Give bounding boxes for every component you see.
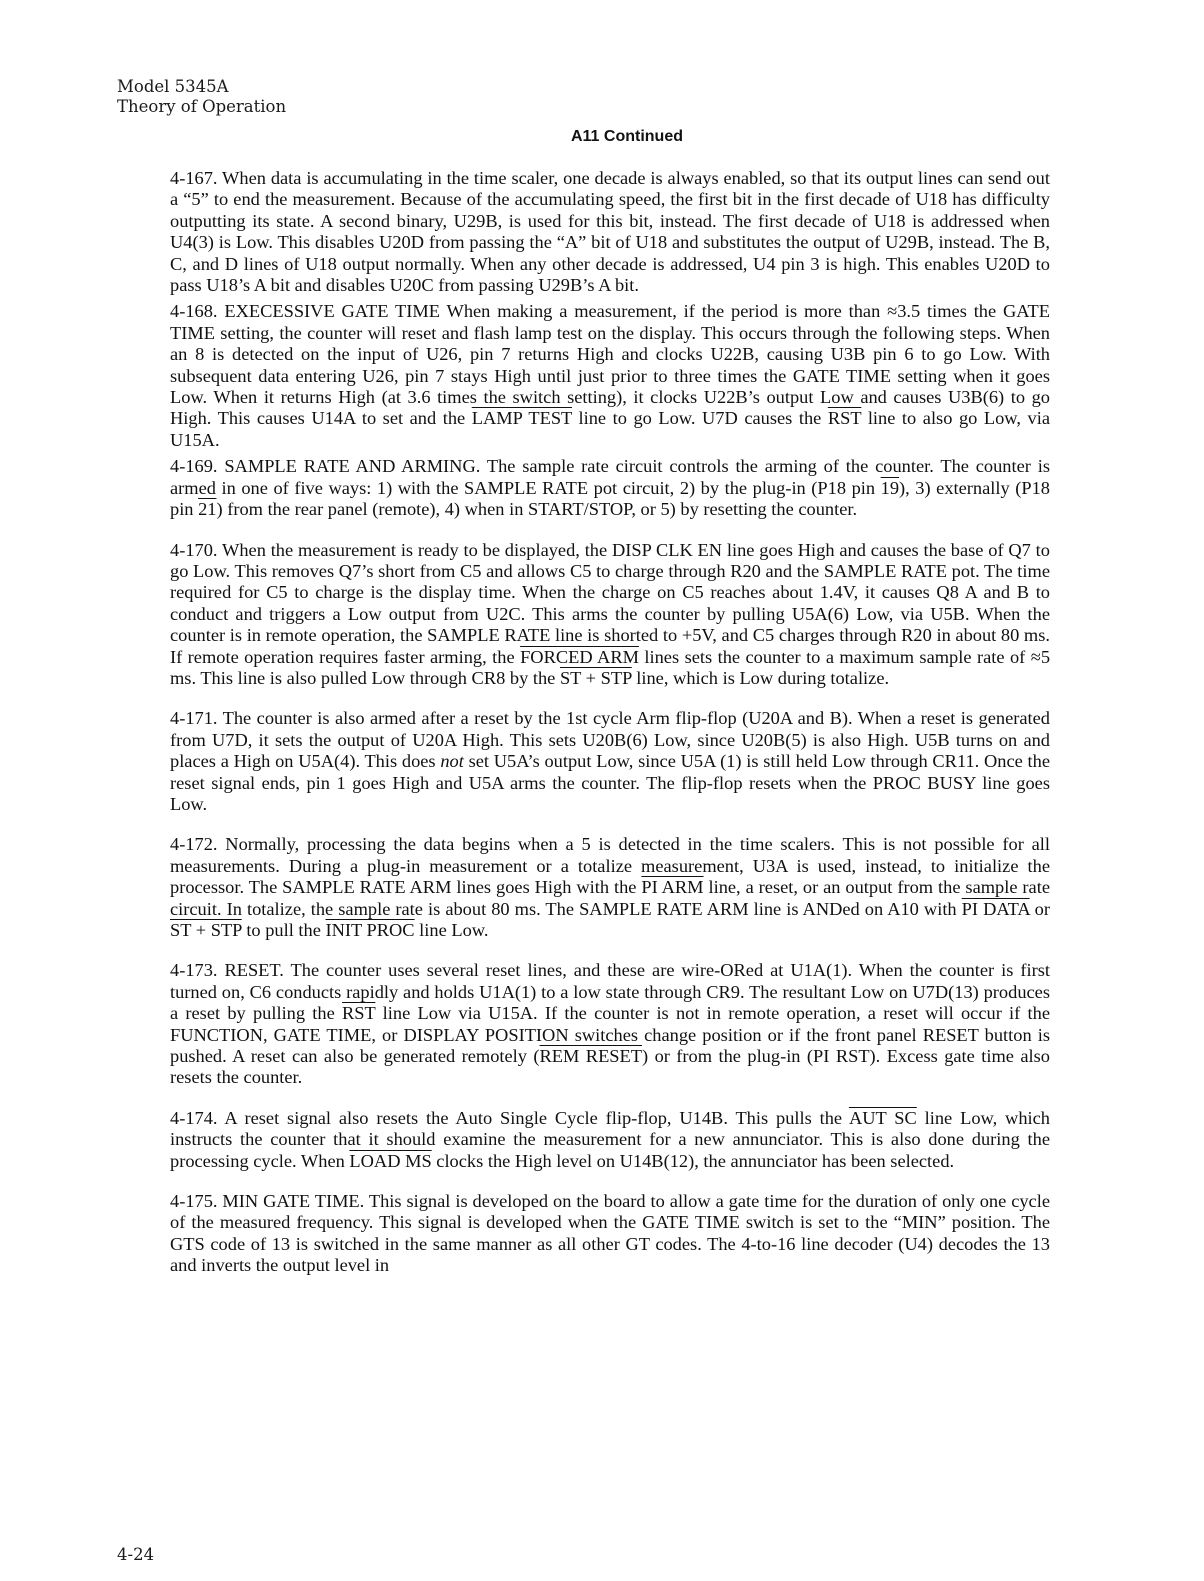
paragraph-text: 4-175. MIN GATE TIME. This signal is dev… (170, 1191, 1050, 1275)
paragraph-text: to pull the (242, 920, 326, 940)
signal-name: LAMP TEST (472, 408, 572, 428)
signal-name: PI DATA (962, 899, 1030, 919)
signal-name: 21 (198, 499, 216, 519)
signal-name: 19 (881, 478, 899, 498)
paragraph-4-175: 4-175. MIN GATE TIME. This signal is dev… (170, 1191, 1050, 1277)
paragraph-text: clocks the High level on U14B(12), the a… (432, 1151, 954, 1171)
paragraph-4-169: 4-169. SAMPLE RATE AND ARMING. The sampl… (170, 456, 1050, 520)
paragraph-4-174: 4-174. A reset signal also resets the Au… (170, 1108, 1050, 1172)
section-title: A11 Continued (0, 128, 683, 146)
paragraph-text: line Low. (415, 920, 489, 940)
emphasis: not (440, 751, 464, 771)
signal-name: FORCED ARM (520, 647, 639, 667)
paragraph-text: line, which is Low during totalize. (632, 668, 889, 688)
paragraph-4-171: 4-171. The counter is also armed after a… (170, 708, 1050, 815)
paragraph-4-173: 4-173. RESET. The counter uses several r… (170, 960, 1050, 1088)
paragraph-text: 4-167. When data is accumulating in the … (170, 168, 1050, 295)
document-body: 4-167. When data is accumulating in the … (170, 168, 1050, 1277)
signal-name: LOAD MS (349, 1151, 431, 1171)
paragraph-4-167: 4-167. When data is accumulating in the … (170, 168, 1050, 296)
signal-name: ST + STP (170, 920, 242, 940)
signal-name: PI ARM (641, 877, 703, 897)
signal-name: ST + STP (560, 668, 632, 688)
signal-name: RST (828, 408, 861, 428)
paragraph-text: ) from the rear panel (remote), 4) when … (217, 499, 858, 519)
signal-name: INIT PROC (326, 920, 415, 940)
paragraph-4-172: 4-172. Normally, processing the data beg… (170, 834, 1050, 941)
paragraph-text: 4-174. A reset signal also resets the Au… (170, 1108, 849, 1128)
signal-name: REM RESET (540, 1046, 642, 1066)
page-number: 4-24 (117, 1545, 154, 1564)
paragraph-text: line to go Low. U7D causes the (572, 408, 828, 428)
document-model: Model 5345A (117, 76, 229, 97)
document-section: Theory of Operation (117, 96, 286, 117)
signal-name: AUT SC (849, 1108, 917, 1128)
signal-name: RST (342, 1003, 375, 1023)
paragraph-4-168: 4-168. EXECESSIVE GATE TIME When making … (170, 301, 1050, 451)
paragraph-text: or (1030, 899, 1050, 919)
paragraph-4-170: 4-170. When the measurement is ready to … (170, 540, 1050, 690)
